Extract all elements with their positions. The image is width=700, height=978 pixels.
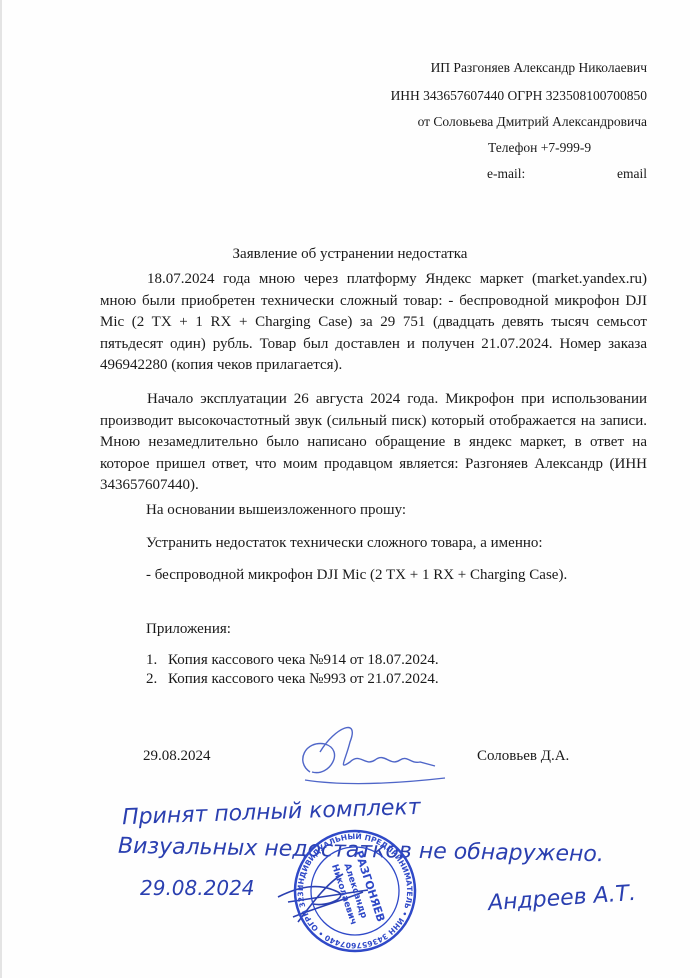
attachment-text: Копия кассового чека №914 от 18.07.2024. xyxy=(168,652,439,668)
request-intro: На основании вышеизложенного прошу: xyxy=(146,502,406,519)
handwritten-signer: Андреев А.Т. xyxy=(487,881,637,916)
company-stamp: ИНДИВИДУАЛЬНЫЙ ПРЕДПРИНИМАТЕЛЬ • ИНН 343… xyxy=(290,826,420,956)
attachments-label: Приложения: xyxy=(146,621,231,638)
attachment-number: 1. xyxy=(146,652,168,669)
inn-ogrn: ИНН 343657607440 ОГРН 323508100700850 xyxy=(391,88,647,104)
addressee: ИП Разгоняев Александр Николаевич xyxy=(431,60,647,76)
attachment-text: Копия кассового чека №993 от 21.07.2024. xyxy=(168,671,439,687)
document-page: ИП Разгоняев Александр Николаевич ИНН 34… xyxy=(0,0,700,978)
phone-line: Телефон +7-999-9 xyxy=(488,140,591,156)
email-label: e-mail: xyxy=(487,166,525,182)
attachment-item: 1.Копия кассового чека №914 от 18.07.202… xyxy=(146,652,439,669)
paragraph-defect: Начало эксплуатации 26 августа 2024 года… xyxy=(100,389,647,497)
attachment-item: 2.Копия кассового чека №993 от 21.07.202… xyxy=(146,671,439,688)
request-item: - беспроводной микрофон DJI Mic (2 TX + … xyxy=(146,567,567,584)
request-text: Устранить недостаток технически сложного… xyxy=(146,535,543,552)
document-date: 29.08.2024 xyxy=(143,748,211,765)
signer-name: Соловьев Д.А. xyxy=(477,748,569,765)
from-line: от Соловьева Дмитрий Александровича xyxy=(418,114,647,130)
email-value: email xyxy=(617,166,647,182)
handwritten-date: 29.08.2024 xyxy=(140,876,255,900)
paragraph-purchase: 18.07.2024 года мною через платформу Янд… xyxy=(100,269,647,377)
document-title: Заявление об устранении недостатка xyxy=(0,246,700,263)
handwritten-accepted: Принят полный комплект xyxy=(122,795,421,830)
attachment-number: 2. xyxy=(146,671,168,688)
page-edge xyxy=(0,0,2,978)
applicant-signature xyxy=(290,722,460,792)
